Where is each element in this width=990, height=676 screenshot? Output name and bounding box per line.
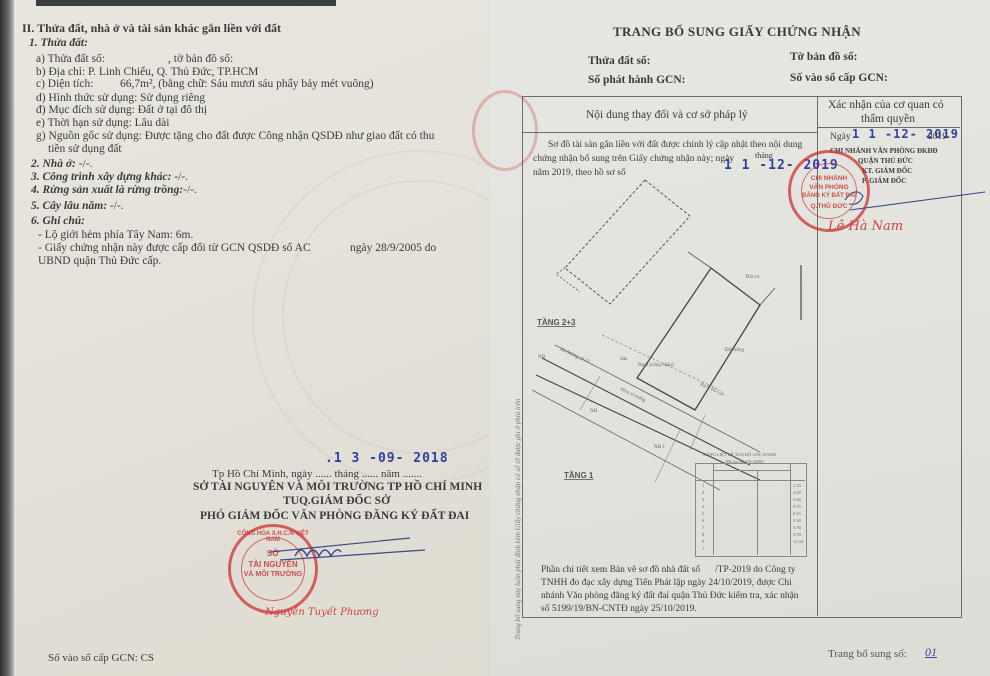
item-3: 3. Công trình xây dựng khác: -/-. — [31, 170, 188, 184]
supplement-number-label: Trang bổ sung số: — [828, 647, 907, 661]
register-number: Số vào sổ cấp GCN: CS — [48, 651, 154, 665]
content-line-3: năm 2019, theo hồ sơ số — [533, 167, 626, 180]
label-land: Thổ cư — [745, 274, 760, 280]
note-2: - Giấy chứng nhận này được cấp đổi từ GC… — [38, 241, 311, 255]
content-line-2: chứng nhận bổ sung trên Giấy chứng nhận … — [533, 153, 734, 166]
label-nd1: NĐ 1 — [654, 445, 665, 450]
coord-edge-length: 4.60 — [793, 490, 801, 496]
map-sheet-label: , tờ bản đồ số: — [168, 52, 233, 66]
parcel-number-label: a) Thửa đất số: — [36, 52, 105, 66]
confirm-header-2: thẩm quyền — [861, 112, 915, 126]
parcel-number-label: Thửa đất số: — [588, 54, 651, 68]
issue-date-stamp: .1 3 -09- 2018 — [325, 451, 449, 466]
note-2-cont: UBND quận Thủ Đức cấp. — [38, 254, 161, 268]
coord-point: 2 — [702, 490, 704, 496]
supplement-number: 01 — [925, 645, 937, 659]
item-4: 4. Rừng sản xuất là rừng trồng:-/-. — [31, 183, 197, 197]
coord-edge-length: 5.60 — [793, 497, 801, 503]
authority-line-1: SỞ TÀI NGUYÊN VÀ MÔI TRƯỜNG TP HỒ CHÍ MI… — [193, 480, 482, 494]
label-ditch: Rạch Bà Gái — [699, 382, 725, 398]
confirm-header-1: Xác nhận của cơ quan có — [828, 98, 944, 112]
issue-number-label: Số phát hành GCN: — [588, 73, 685, 87]
coord-point: 5 — [702, 511, 704, 517]
register-book-label: Số vào sổ cấp GCN: — [790, 71, 888, 85]
table-header-divider — [522, 132, 817, 133]
item-6-title: 6. Ghi chú: — [31, 214, 85, 228]
item-3-value: -/-. — [171, 171, 188, 183]
coord-edge-length: 5.56 — [793, 525, 801, 531]
coord-point: 1 — [702, 483, 704, 489]
side-note: Trang bổ sung này luôn phải đính kèm Giấ… — [514, 399, 522, 640]
coord-point: 1 — [702, 546, 704, 552]
area-value: 66,7m², (bằng chữ: Sáu mươi sáu phẩy bảy… — [120, 77, 374, 91]
detail-line-4: số 5199/19/BN-CNTĐ ngày 25/10/2019. — [541, 603, 697, 616]
map-sheet-label: Tờ bản đồ số: — [790, 50, 857, 64]
coord-point: 8 — [702, 532, 704, 538]
item-3-label: 3. Công trình xây dựng khác: — [31, 171, 171, 183]
coord-edge-length: 2.39 — [793, 518, 801, 524]
coordinate-table: BẢNG LIỆT KÊ TỌA ĐỘ GÓC RANH (Hệ tọa độ … — [695, 448, 807, 556]
label-empty: Đất trống — [725, 348, 745, 353]
floor-1-label: TẦNG 1 — [564, 470, 594, 480]
section-title: II. Thửa đất, nhà ở và tài sản khác gắn … — [22, 21, 281, 35]
coord-edge-length: 0.15 — [793, 511, 801, 517]
signer-name-left: Nguyễn Tuyết Phương — [265, 607, 379, 618]
coord-point: 4 — [702, 504, 704, 510]
top-edge-strip — [36, 0, 336, 6]
coord-edge-length: 2.39 — [793, 532, 801, 538]
binding-edge — [0, 0, 14, 676]
note-1: - Lộ giới hẻm phía Tây Nam: 6m. — [38, 228, 193, 242]
content-column-header: Nội dung thay đổi và cơ sở pháp lý — [586, 108, 748, 122]
usage-term: e) Thời hạn sử dụng: Lâu dài — [36, 116, 169, 130]
detail-line-3: nhánh Văn phòng đăng ký đất đai quận Thủ… — [541, 590, 799, 603]
signature-left — [260, 530, 440, 580]
signature-right — [840, 180, 990, 220]
usage-purpose: đ) Mục đích sử dụng: Đất ở tại đô thị — [36, 103, 207, 117]
label-street: Ra đường số 17 — [559, 347, 590, 365]
label-porch: Sân — [620, 357, 628, 362]
item-5: 5. Cây lâu năm: -/-. — [31, 199, 124, 213]
label-alley: Hẻm xi măng — [619, 387, 646, 403]
place-date: Tp Hồ Chí Minh, ngày ...... tháng ......… — [212, 467, 422, 481]
coord-edge-length: 11.44 — [793, 539, 803, 545]
usage-origin: g) Nguồn gốc sử dụng: Được tặng cho đất … — [36, 129, 434, 143]
supplement-title: TRANG BỔ SUNG GIẤY CHỨNG NHẬN — [613, 25, 861, 39]
label-ditch-owned: Rạch (công nhận) — [638, 363, 674, 368]
item-4-value: -/-. — [183, 184, 197, 196]
signer-name-right: Lê Hà Nam — [828, 219, 903, 234]
item-2: 2. Nhà ở: -/-. — [31, 157, 92, 171]
item-5-label: 5. Cây lâu năm: — [31, 200, 107, 212]
coord-point: 7 — [702, 525, 704, 531]
floor-2-3-label: TẦNG 2+3 — [537, 317, 576, 327]
coord-point: 3 — [702, 497, 704, 503]
label-nd-a: NĐ — [538, 355, 546, 360]
item-4-label: 4. Rừng sản xuất là rừng trồng: — [31, 184, 183, 196]
coord-point: 6 — [702, 518, 704, 524]
item-1-title: 1. Thửa đất: — [29, 36, 88, 50]
item-2-value: -/-. — [76, 158, 93, 170]
note-2-date: ngày 28/9/2005 do — [350, 241, 436, 255]
coord-edge-length: 1.25 — [793, 483, 801, 489]
label-nd-b: NĐ — [590, 409, 598, 414]
detail-line-1b: /TP-2019 do Công ty — [715, 564, 796, 577]
usage-origin-cont: tiền sử dụng đất — [48, 142, 122, 156]
confirm-day-label: Ngày — [830, 131, 851, 144]
detail-line-1a: Phần chi tiết xem Bản vẽ sơ đồ nhà đất s… — [541, 564, 700, 577]
confirm-year: 2019 — [928, 131, 947, 144]
floor-plan-diagram: TẦNG 2+3 TẦNG 1 Thổ cư Đất trống Ra đườn… — [520, 180, 815, 490]
authority-line-3: PHÓ GIÁM ĐỐC VĂN PHÒNG ĐĂNG KÝ ĐẤT ĐAI — [200, 509, 469, 523]
detail-line-2: TNHH đo đạc xây dựng Tiến Phát lập ngày … — [541, 577, 792, 590]
coord-point: 9 — [702, 539, 704, 545]
authority-line-2: TUQ.GIÁM ĐỐC SỞ — [283, 494, 390, 508]
item-2-label: 2. Nhà ở: — [31, 158, 76, 170]
item-5-value: -/-. — [107, 200, 124, 212]
area-label: c) Diện tích: — [36, 77, 93, 91]
coord-edge-length: 0.75 — [793, 504, 801, 510]
